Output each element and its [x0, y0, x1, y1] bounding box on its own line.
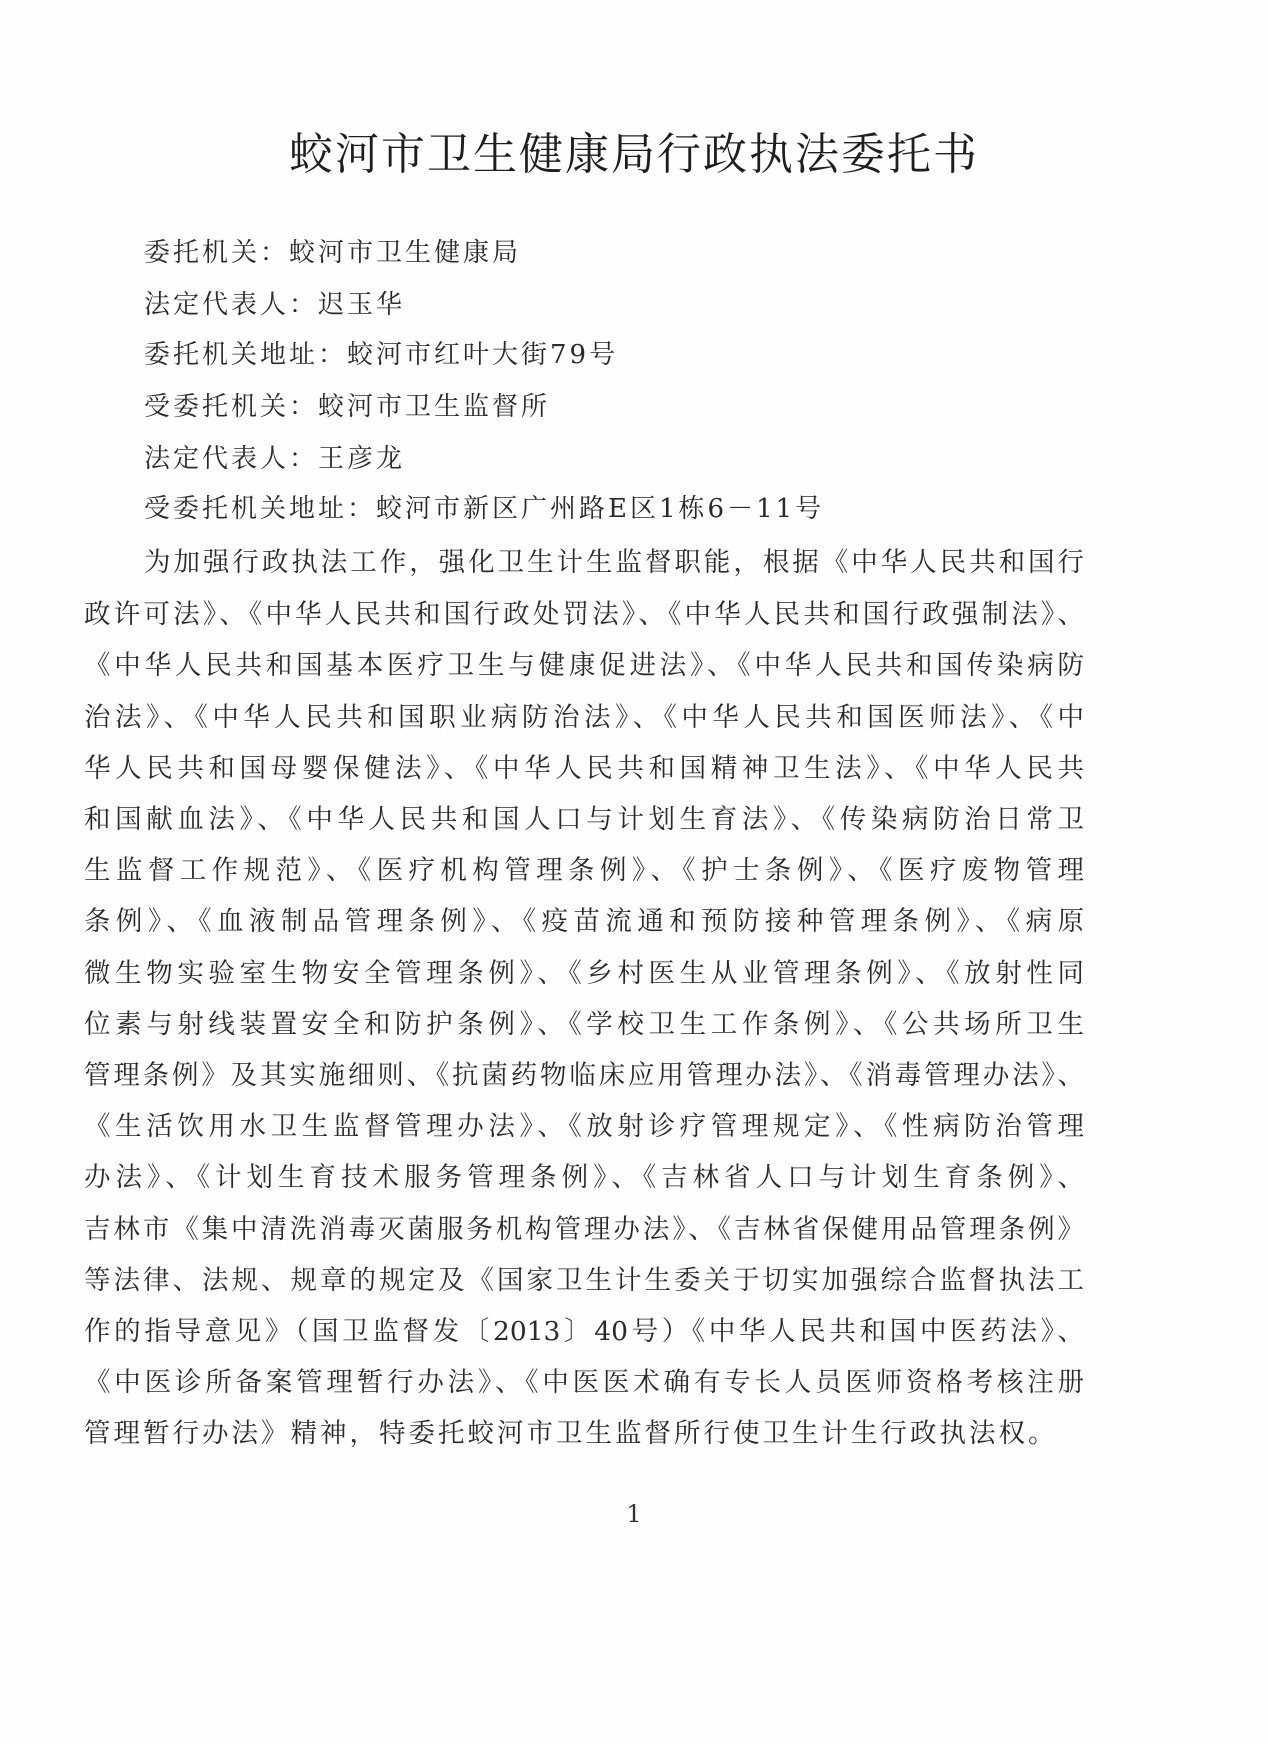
- field-entrusting-legal-rep: 法定代表人：迟玉华: [144, 284, 405, 321]
- field-entrusted-legal-rep: 法定代表人：王彦龙: [144, 438, 405, 475]
- body-line: 吉林市《集中清洗消毒灭菌服务机构管理办法》、《吉林省保健用品管理条例》: [84, 1207, 1084, 1246]
- body-line: 等法律、法规、规章的规定及《国家卫生计生委关于切实加强综合监督执法工: [84, 1258, 1084, 1297]
- body-line: 治法》、《中华人民共和国职业病防治法》、《中华人民共和国医师法》、《中: [84, 695, 1084, 734]
- body-line: 作的指导意见》（国卫监督发〔2013〕40号）《中华人民共和国中医药法》、: [84, 1309, 1084, 1348]
- body-line: 《中华人民共和国基本医疗卫生与健康促进法》、《中华人民共和国传染病防: [84, 643, 1084, 682]
- body-line: 条例》、《血液制品管理条例》、《疫苗流通和预防接种管理条例》、《病原: [84, 899, 1084, 938]
- body-line: 《中医诊所备案管理暂行办法》、《中医医术确有专长人员医师资格考核注册: [84, 1360, 1084, 1399]
- body-line: 办法》、《计划生育技术服务管理条例》、《吉林省人口与计划生育条例》、: [84, 1155, 1084, 1194]
- body-line: 管理暂行办法》精神，特委托蛟河市卫生监督所行使卫生计生行政执法权。: [84, 1411, 1084, 1450]
- body-line: 《生活饮用水卫生监督管理办法》、《放射诊疗管理规定》、《性病防治管理: [84, 1104, 1084, 1143]
- document-page: 蛟河市卫生健康局行政执法委托书 委托机关：蛟河市卫生健康局 法定代表人：迟玉华 …: [0, 0, 1268, 1744]
- body-line: 位素与射线装置安全和防护条例》、《学校卫生工作条例》、《公共场所卫生: [84, 1002, 1084, 1041]
- body-line: 华人民共和国母婴保健法》、《中华人民共和国精神卫生法》、《中华人民共: [84, 746, 1084, 785]
- body-line: 管理条例》及其实施细则、《抗菌药物临床应用管理办法》、《消毒管理办法》、: [84, 1053, 1084, 1092]
- body-line: 政许可法》、《中华人民共和国行政处罚法》、《中华人民共和国行政强制法》、: [84, 592, 1084, 631]
- field-entrusted-address: 受委托机关地址：蛟河市新区广州路E区1栋6－11号: [144, 488, 824, 525]
- body-line: 微生物实验室生物安全管理条例》、《乡村医生从业管理条例》、《放射性同: [84, 951, 1084, 990]
- body-line: 和国献血法》、《中华人民共和国人口与计划生育法》、《传染病防治日常卫: [84, 797, 1084, 836]
- field-entrusting-agency: 委托机关：蛟河市卫生健康局: [144, 232, 521, 269]
- body-line: 为加强行政执法工作，强化卫生计生监督职能，根据《中华人民共和国行: [144, 540, 1084, 579]
- field-entrusting-address: 委托机关地址：蛟河市红叶大街79号: [144, 334, 618, 371]
- page-number: 1: [0, 1500, 1268, 1528]
- field-entrusted-agency: 受委托机关：蛟河市卫生监督所: [144, 386, 550, 423]
- body-line: 生监督工作规范》、《医疗机构管理条例》、《护士条例》、《医疗废物管理: [84, 848, 1084, 887]
- document-title: 蛟河市卫生健康局行政执法委托书: [0, 118, 1268, 182]
